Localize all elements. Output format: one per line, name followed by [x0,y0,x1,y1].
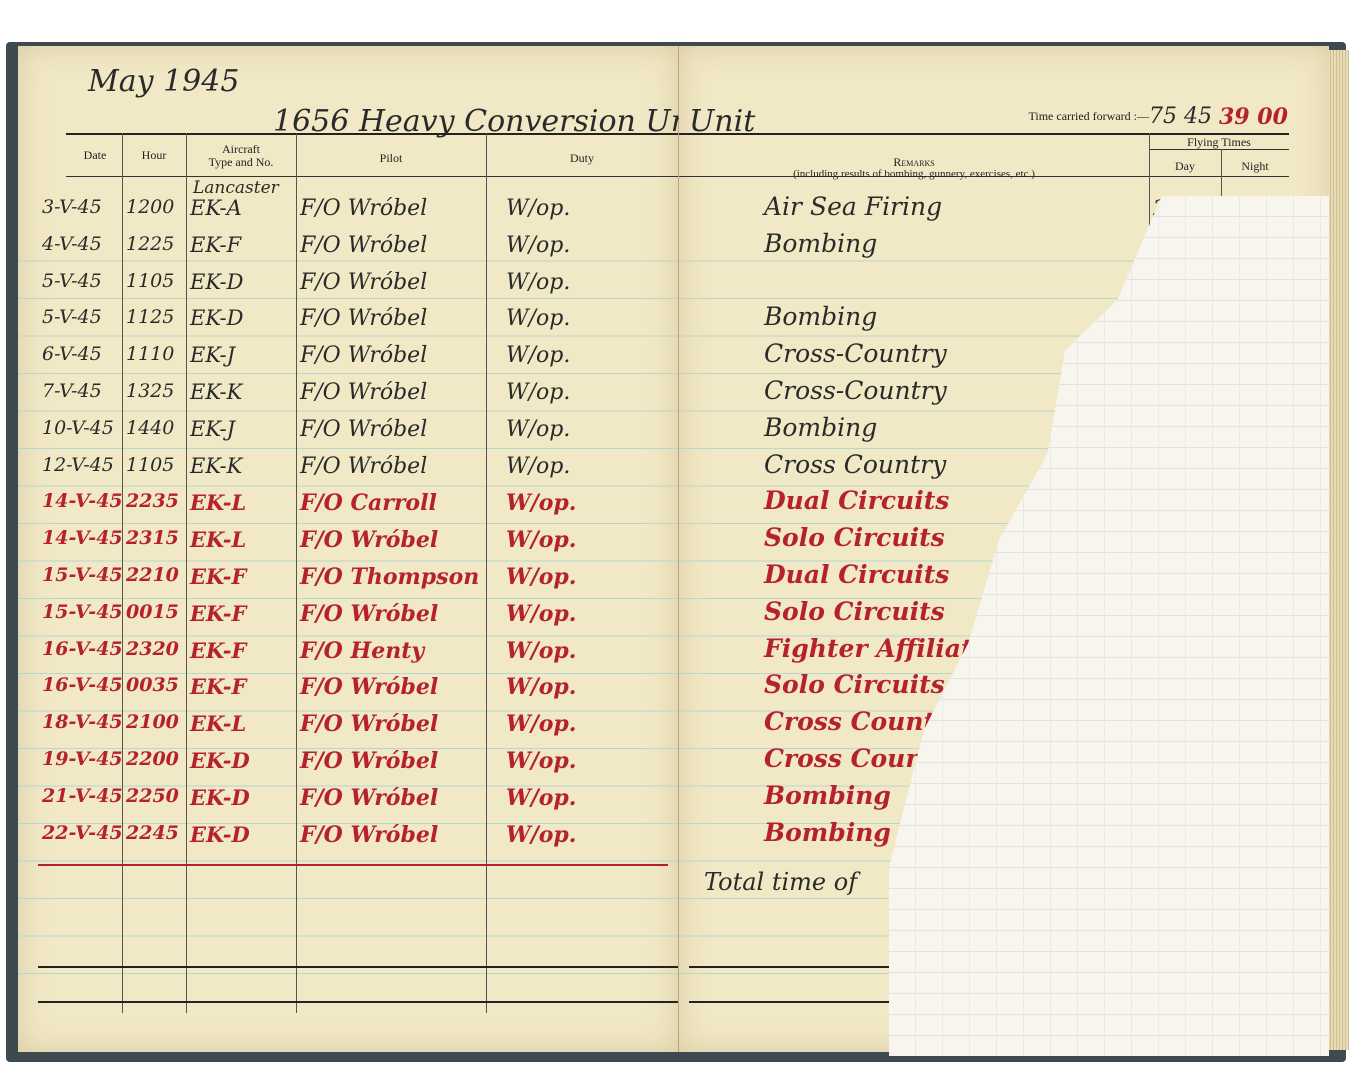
entry-remarks: Bombing [764,781,891,810]
entry-pilot: F/O Carroll [300,490,437,516]
entry-date: 14-V-45 [42,527,123,549]
entry-pilot: F/O Wróbel [300,380,427,405]
entry-duty: W/op. [506,454,570,479]
entry-pilot: F/O Wróbel [300,601,438,627]
entry-hour: 2100 [126,711,179,733]
right-page: Unit Time carried forward :— 75 45 39 00… [679,46,1329,1052]
col-divider [486,133,487,1013]
header-bottom-rule [66,176,678,177]
entry-aircraft: EK-L [190,711,246,736]
entry-aircraft: EK-F [190,674,246,699]
month-heading: May 1945 [88,64,239,99]
col-header-flying-times: Flying Times [1149,136,1289,149]
entry-remarks: Cross-Country [764,376,947,405]
entry-duty: W/op. [506,233,570,258]
col-header-date: Date [68,149,122,162]
col-header-aircraft: Aircraft Type and No. [186,143,296,169]
entry-hour: 1225 [126,233,174,255]
entry-aircraft: EK-L [190,490,246,515]
entry-duty: W/op. [506,380,570,405]
entry-duty: W/op. [506,674,576,700]
entry-aircraft: EK-D [190,306,243,330]
entry-date: 16-V-45 [42,638,123,660]
aircraft-type-note: Lancaster [193,178,279,198]
entry-duty: W/op. [506,711,576,737]
entry-duty: W/op. [506,306,570,331]
entry-date: 15-V-45 [42,601,123,623]
entry-date: 21-V-45 [42,785,123,807]
entry-aircraft: EK-A [190,196,242,220]
entry-duty: W/op. [506,638,576,664]
col-header-day: Day [1149,160,1221,173]
entry-hour: 1110 [126,343,174,365]
entry-duty: W/op. [506,785,576,811]
entry-date: 5-V-45 [42,306,102,328]
entry-duty: W/op. [506,417,570,442]
col-header-pilot: Pilot [296,152,486,165]
entry-hour: 0035 [126,674,179,696]
entry-date: 12-V-45 [42,454,114,476]
entry-pilot: F/O Thompson [300,564,479,590]
total-time-label: Total time of [704,868,857,896]
entry-pilot: F/O Wróbel [300,196,427,221]
time-carried-forward-night: 39 00 [1219,104,1288,130]
entry-remarks: Air Sea Firing [764,192,942,221]
entry-date: 7-V-45 [42,380,102,402]
red-end-rule [38,864,668,866]
entry-remarks: Cross-Country [764,339,947,368]
entry-aircraft: EK-J [190,343,235,367]
entry-aircraft: EK-F [190,564,246,589]
entry-aircraft: EK-J [190,417,235,441]
entry-aircraft: EK-F [190,638,246,663]
entry-hour: 2315 [126,527,179,549]
col-divider [296,133,297,1013]
entry-aircraft: EK-D [190,748,250,773]
entry-hour: 1105 [126,270,174,292]
totals-rule-top [38,966,678,968]
entry-hour: 2210 [126,564,179,586]
entry-aircraft: EK-D [190,822,250,847]
col-header-night: Night [1221,160,1289,173]
entry-aircraft: EK-K [190,454,242,478]
entry-pilot: F/O Wróbel [300,233,427,258]
entry-date: 18-V-45 [42,711,123,733]
time-carried-forward-day: 75 45 [1149,104,1212,129]
entry-pilot: F/O Wróbel [300,343,427,368]
entry-date: 19-V-45 [42,748,123,770]
entry-aircraft: EK-F [190,233,241,257]
entry-date: 14-V-45 [42,490,123,512]
entry-pilot: F/O Wróbel [300,454,427,479]
entry-remarks: Bombing [764,818,891,847]
entry-pilot: F/O Wróbel [300,748,438,774]
entry-duty: W/op. [506,822,576,848]
entry-remarks: Bombing [764,229,877,258]
entry-aircraft: EK-F [190,601,246,626]
entry-duty: W/op. [506,270,570,295]
entry-date: 22-V-45 [42,822,123,844]
col-header-duty: Duty [486,152,678,165]
entry-hour: 1125 [126,306,174,328]
entry-date: 3-V-45 [42,196,102,218]
header-top-rule [66,133,678,135]
time-carried-forward-label: Time carried forward :— [979,110,1149,123]
entry-hour: 2250 [126,785,179,807]
entry-hour: 1200 [126,196,174,218]
entry-hour: 0015 [126,601,179,623]
col-header-remarks-sub: (including results of bombing, gunnery, … [679,168,1149,181]
entry-remarks: Bombing [764,302,877,331]
entry-hour: 1325 [126,380,174,402]
left-page: May 1945 1656 Heavy Conversion Unit Date… [18,46,679,1052]
entry-date: 10-V-45 [42,417,114,439]
entry-date: 15-V-45 [42,564,123,586]
entry-duty: W/op. [506,490,576,516]
entry-hour: 2245 [126,822,179,844]
entry-duty: W/op. [506,564,576,590]
entry-pilot: F/O Wróbel [300,527,438,553]
entry-aircraft: EK-K [190,380,242,404]
entry-pilot: F/O Wróbel [300,674,438,700]
totals-rule-bottom [38,1001,678,1003]
entry-duty: W/op. [506,196,570,221]
entry-date: 4-V-45 [42,233,102,255]
entry-aircraft: EK-L [190,527,246,552]
entry-hour: 2200 [126,748,179,770]
entry-hour: 1105 [126,454,174,476]
col-divider [186,133,187,1013]
entry-aircraft: EK-D [190,785,250,810]
entry-aircraft: EK-D [190,270,243,294]
entry-pilot: F/O Wróbel [300,270,427,295]
entry-hour: 2235 [126,490,179,512]
entry-pilot: F/O Wróbel [300,822,438,848]
entry-remarks: Solo Circuits [764,597,945,626]
entry-pilot: F/O Wróbel [300,711,438,737]
entry-duty: W/op. [506,343,570,368]
entry-pilot: F/O Wróbel [300,417,427,442]
entry-remarks: Cross Country [764,450,946,479]
entry-duty: W/op. [506,527,576,553]
entry-remarks: Dual Circuits [764,486,949,515]
entry-remarks: Bombing [764,413,877,442]
col-header-hour: Hour [122,149,186,162]
entry-pilot: F/O Wróbel [300,785,438,811]
flying-times-rule [1149,149,1289,150]
entry-pilot: F/O Henty [300,638,424,664]
entry-duty: W/op. [506,601,576,627]
entry-remarks: Dual Circuits [764,560,949,589]
entry-date: 6-V-45 [42,343,102,365]
entry-hour: 1440 [126,417,174,439]
entry-date: 5-V-45 [42,270,102,292]
entry-hour: 2320 [126,638,179,660]
entry-remarks: Solo Circuits [764,523,945,552]
entry-date: 16-V-45 [42,674,123,696]
entry-pilot: F/O Wróbel [300,306,427,331]
entry-duty: W/op. [506,748,576,774]
